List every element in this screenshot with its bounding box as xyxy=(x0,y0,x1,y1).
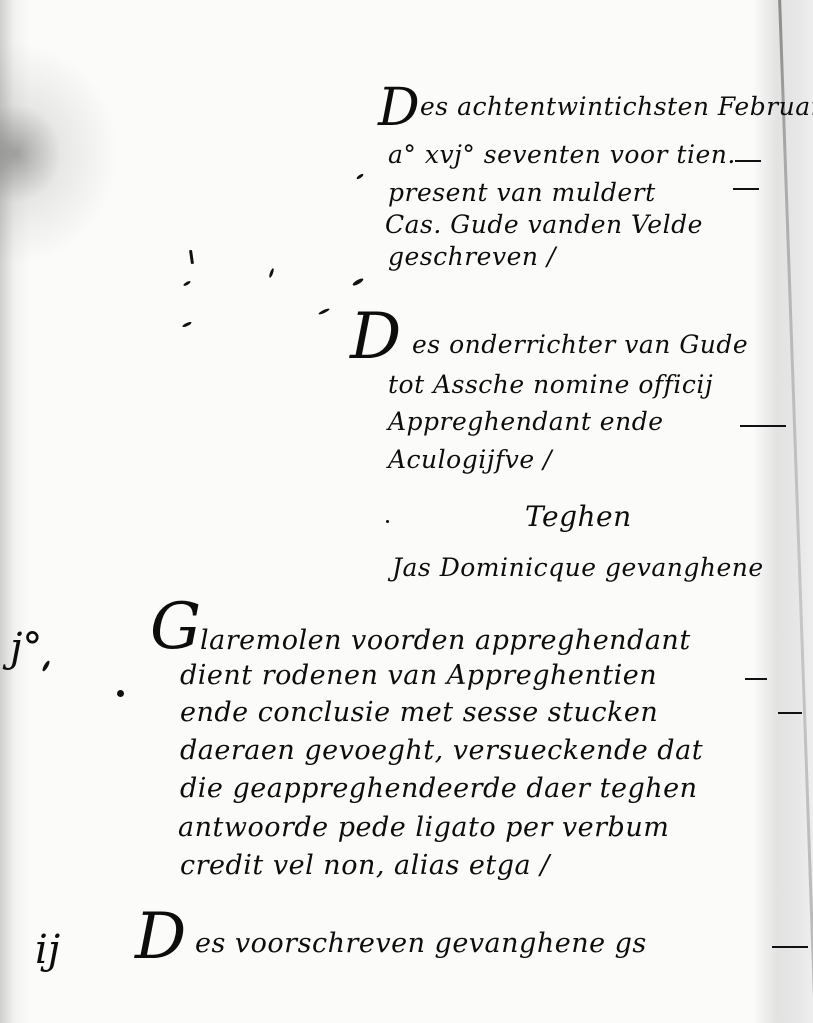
ink-speck xyxy=(352,277,364,286)
text-line: credit vel non, alias etga / xyxy=(180,850,550,881)
text-line: geschreven / xyxy=(388,242,556,271)
text-line: a° xvj° seventen voor tien. xyxy=(388,140,736,169)
margin-numeral: ij xyxy=(35,930,60,970)
manuscript-page: D es achtentwintichsten Februarij a° xvj… xyxy=(0,0,813,1023)
line-filler xyxy=(735,160,761,162)
ink-speck xyxy=(189,250,194,264)
ink-speck xyxy=(268,268,274,278)
margin-numeral: j° xyxy=(10,628,42,668)
heading-title: Teghen xyxy=(525,500,632,533)
text-line: dient rodenen van Appreghentien xyxy=(180,660,657,691)
drop-cap: G xyxy=(150,595,201,659)
line-filler xyxy=(740,425,786,427)
text-line: laremolen voorden appreghendant xyxy=(200,625,691,656)
text-line: antwoorde pede ligato per verbum xyxy=(178,812,669,843)
text-line: es voorschreven gevanghene gs xyxy=(195,928,647,959)
ink-speck xyxy=(183,280,191,287)
drop-cap: D xyxy=(135,905,186,969)
line-filler xyxy=(745,678,767,680)
line-filler xyxy=(772,946,808,948)
text-line: tot Assche nomine officij xyxy=(388,370,713,399)
ink-speck xyxy=(356,173,364,180)
drop-cap: D xyxy=(350,305,401,369)
margin-dot xyxy=(117,690,124,697)
drop-cap: D xyxy=(378,82,420,134)
text-line: Appreghendant ende xyxy=(388,407,664,436)
text-line: es achtentwintichsten Februarij xyxy=(420,92,813,121)
ink-speck xyxy=(182,321,192,328)
line-filler xyxy=(733,188,759,190)
ink-speck xyxy=(41,660,50,672)
ink-speck xyxy=(318,308,330,316)
ink-speck xyxy=(386,520,389,523)
text-line: ende conclusie met sesse stucken xyxy=(180,697,658,728)
text-line: Cas. Gude vanden Velde xyxy=(385,210,703,239)
text-line: es onderrichter van Gude xyxy=(412,330,748,359)
text-line: daeraen gevoeght, versueckende dat xyxy=(180,735,703,766)
text-line: die geappreghendeerde daer teghen xyxy=(180,773,698,804)
text-line: present van muldert xyxy=(388,178,656,207)
line-filler xyxy=(778,712,802,714)
heading-subtitle: Jas Dominicque gevanghene xyxy=(392,553,764,582)
text-line: Aculogijfve / xyxy=(388,445,552,474)
